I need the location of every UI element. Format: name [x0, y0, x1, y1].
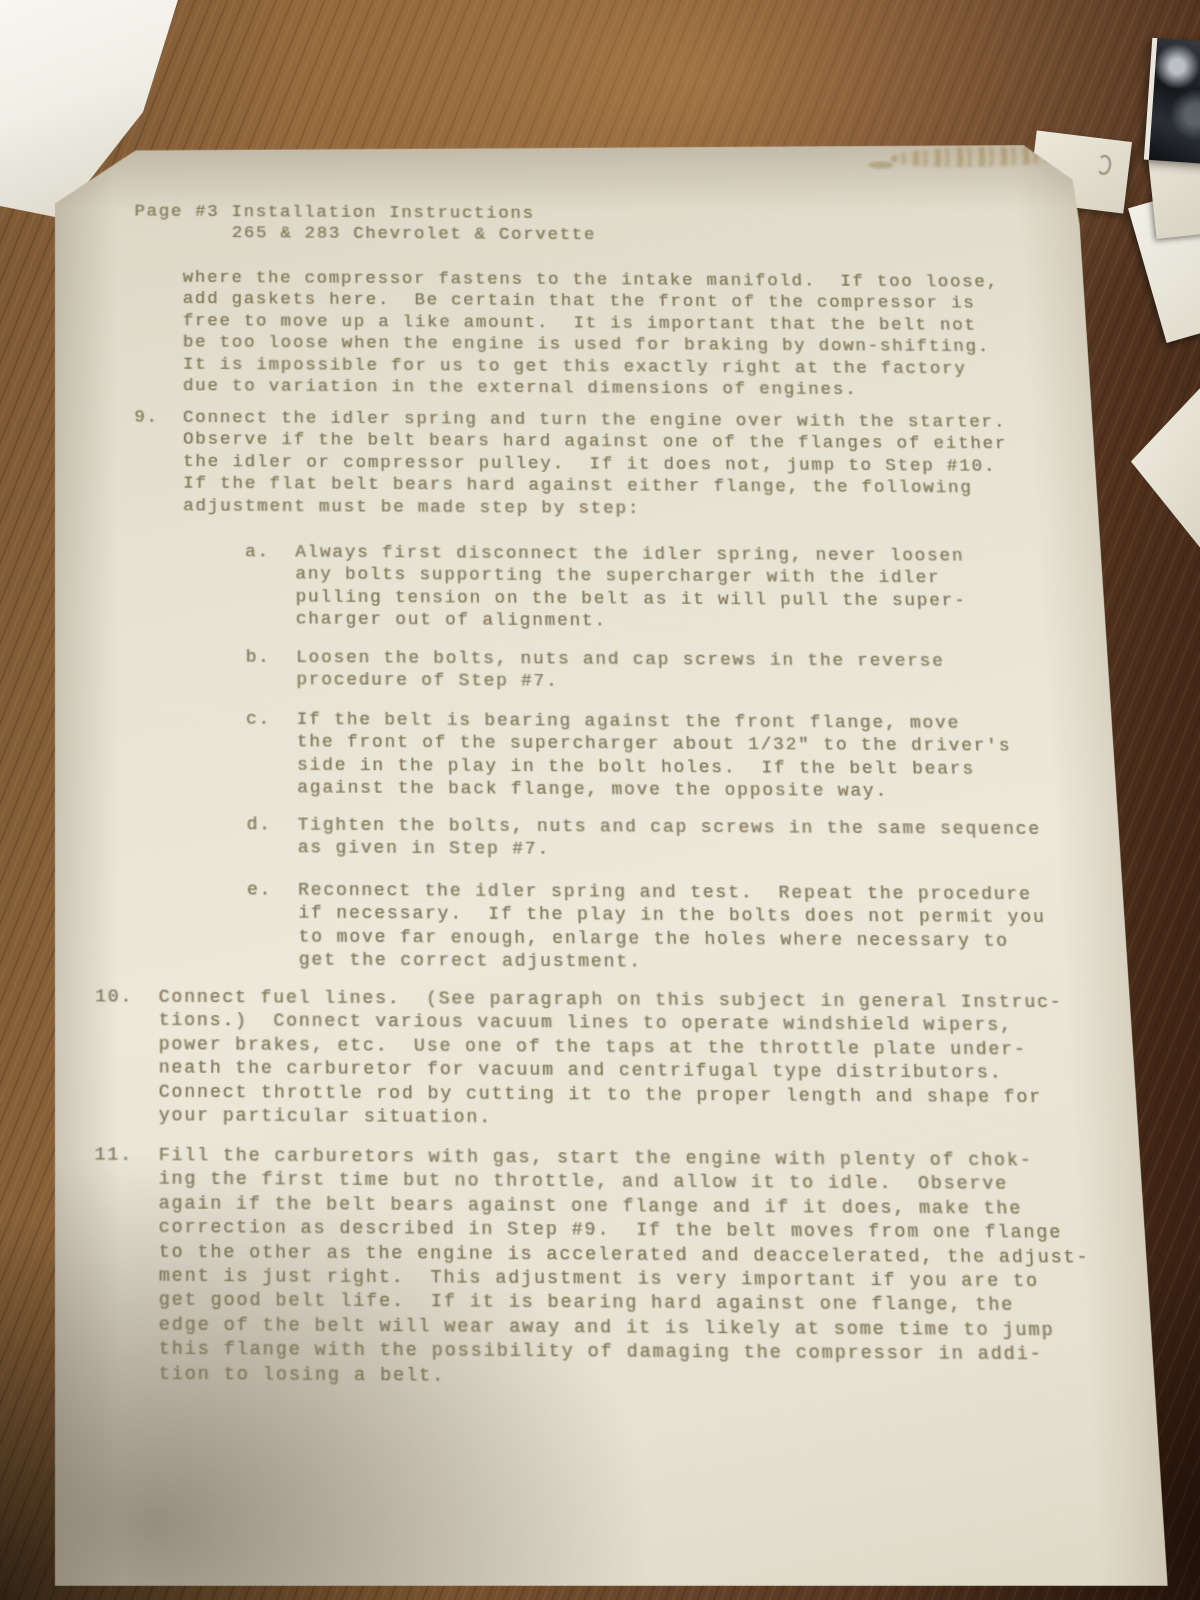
subitem-d-letter: d. [246, 815, 271, 838]
item-10-text: Connect fuel lines. (See paragraph on th… [159, 987, 1070, 1135]
subitem-e-text: Reconnect the idler spring and test. Rep… [298, 880, 1049, 978]
subitem-e-letter: e. [247, 880, 272, 903]
page-header-line2: 265 & 283 Chevrolet & Corvette [232, 223, 597, 247]
subitem-c-letter: c. [246, 709, 271, 732]
subitem-d-text: Tighten the bolts, nuts and cap screws i… [297, 815, 1042, 866]
photographed-document-scene: Page #3 Installation Instructions 265 & … [0, 0, 1200, 1600]
photograph-top-right [1144, 38, 1200, 164]
subitem-c-text: If the belt is bearing against the front… [296, 709, 1014, 805]
typewritten-text: Page #3 Installation Instructions 265 & … [46, 145, 1159, 1593]
subitem-b-text: Loosen the bolts, nuts and cap screws in… [296, 648, 946, 697]
subitem-a-letter: a. [245, 542, 270, 564]
subitem-a-text: Always first disconnect the idler spring… [295, 542, 968, 635]
pencil-scribble-mark [1096, 154, 1112, 176]
document-page: Page #3 Installation Instructions 265 & … [55, 145, 1168, 1586]
item-9-text: Connect the idler spring and turn the en… [183, 408, 1012, 523]
item-9-number: 9. [134, 408, 159, 430]
item-11-text: Fill the carburetors with gas, start the… [159, 1145, 1097, 1394]
item-10-number: 10. [95, 986, 133, 1010]
page-header-line1: Page #3 Installation Instructions [134, 202, 534, 226]
item-11-number: 11. [94, 1144, 133, 1168]
subitem-b-letter: b. [246, 647, 271, 670]
intro-paragraph: where the compressor fastens to the inta… [183, 268, 1005, 403]
